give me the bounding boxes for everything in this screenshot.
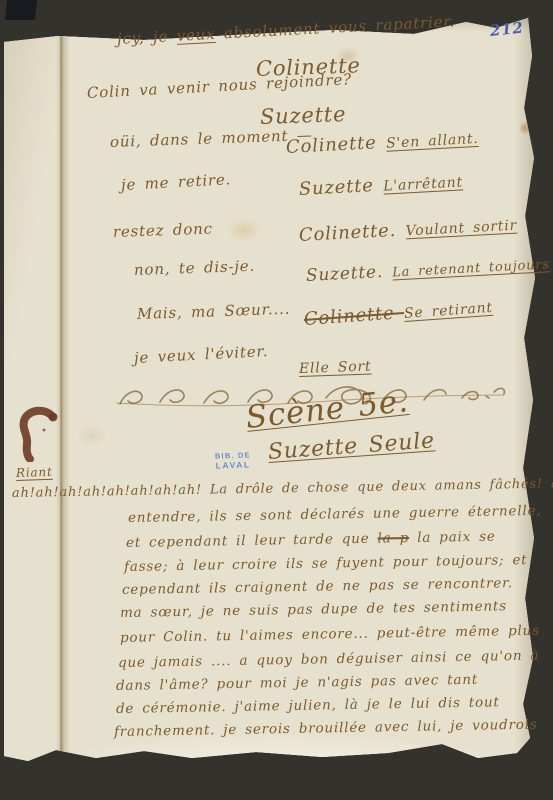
text-segment: je veux l'éviter. [134, 342, 269, 367]
monologue-line: fasse; à leur croire ils se fuyent pour … [124, 552, 528, 575]
speaker-direction: Colinette. Voulant sortir [298, 214, 517, 246]
text-segment: La retenant toujours [392, 257, 550, 280]
dialogue-line: Mais, ma Sœur.... [137, 300, 291, 323]
manuscript-scan: BIB. DE LAVAL jcy, je veux absolument vo… [0, 0, 553, 800]
text-segment: dans l'âme? pour moi je n'agis pas avec … [116, 672, 478, 694]
text-segment: Colin va venir nous rejoindre? [87, 70, 353, 102]
text-segment: Riant [16, 465, 53, 480]
text-segment: la p [377, 530, 409, 547]
text-segment: Voulant sortir [405, 218, 517, 240]
monologue-line: ma sœur, je ne suis pas dupe de tes sent… [120, 598, 507, 621]
text-segment: absolument vous rapatrier. [215, 12, 456, 43]
margin-note: Riant [16, 465, 53, 480]
text-segment: Colinette [285, 132, 386, 158]
monologue-line: que jamais .... a quoy bon déguiser ains… [118, 648, 540, 671]
text-segment: la paix se [409, 529, 496, 547]
text-segment: que jamais .... a quoy bon déguiser ains… [118, 648, 540, 671]
text-segment: Scène 5e. [244, 383, 410, 436]
monologue-line: et cependant il leur tarde que la p la p… [126, 529, 496, 551]
text-segment: ma sœur, je ne suis pas dupe de tes sent… [120, 598, 507, 621]
scene-subheading: Suzette Seule [267, 428, 436, 465]
text-segment: non, te dis-je. [134, 257, 256, 279]
folio-number: 212 [489, 19, 524, 40]
text-segment: oüi, dans le moment — [110, 126, 313, 151]
monologue-line: ah!ah!ah!ah!ah!ah!ah!ah! La drôle de cho… [12, 476, 553, 501]
text-segment: et cependant il leur tarde que [126, 531, 378, 551]
monologue-line: entendre, ils se sont déclarés une guerr… [128, 503, 542, 526]
dialogue-line: non, te dis-je. [134, 257, 256, 279]
dialogue-line: je me retire. [121, 170, 232, 194]
dialogue-line: Colin va venir nous rejoindre? [87, 70, 353, 102]
text-segment: franchement. je serois brouillée avec lu… [114, 717, 538, 740]
text-layer: jcy, je veux absolument vous rapatrier.C… [0, 0, 553, 800]
speaker-direction: Colinette S'en allant. [285, 127, 479, 158]
text-segment: fasse; à leur croire ils se fuyent pour … [124, 552, 528, 575]
text-segment: Colinette. [298, 219, 406, 246]
text-segment: je me retire. [121, 170, 232, 194]
monologue-line: franchement. je serois brouillée avec lu… [114, 717, 538, 740]
monologue-line: dans l'âme? pour moi je n'agis pas avec … [116, 672, 478, 694]
text-segment: entendre, ils se sont déclarés une guerr… [128, 503, 542, 526]
speaker-direction: Suzette. La retenant toujours [305, 253, 550, 286]
monologue-line: cependant ils craignent de ne pas se ren… [122, 575, 513, 598]
text-segment: Colinette [303, 302, 404, 330]
text-segment: Suzette [260, 102, 347, 129]
dialogue-line: je veux l'éviter. [134, 342, 269, 367]
text-segment: Suzette Seule [267, 428, 436, 465]
speaker-direction: Suzette L'arrêtant [298, 170, 463, 200]
text-segment: Se retirant [404, 300, 494, 322]
text-segment: de cérémonie. j'aime julien, là je le lu… [116, 694, 500, 717]
monologue-line: pour Colin. tu l'aimes encore... peut-êt… [120, 623, 540, 646]
text-segment: Suzette. [305, 261, 392, 285]
text-segment: ah!ah!ah!ah!ah!ah!ah!ah! La drôle de cho… [12, 476, 553, 501]
speaker-name: Suzette [260, 102, 347, 129]
dialogue-line: restez donc [113, 220, 213, 241]
text-segment: restez donc [113, 220, 213, 241]
dialogue-line: jcy, je veux absolument vous rapatrier. [117, 12, 456, 48]
text-segment: Suzette [298, 175, 383, 200]
stage-direction: Elle Sort [299, 358, 372, 377]
dialogue-line: oüi, dans le moment — [110, 126, 313, 151]
text-segment: Elle Sort [299, 358, 372, 377]
speaker-direction: Colinette Se retirant [303, 296, 493, 330]
text-segment: Mais, ma Sœur.... [137, 300, 291, 323]
text-segment: veux [176, 25, 216, 45]
text-segment: pour Colin. tu l'aimes encore... peut-êt… [120, 623, 540, 646]
text-segment: jcy, je [117, 27, 178, 48]
text-segment: L'arrêtant [383, 174, 464, 194]
monologue-line: de cérémonie. j'aime julien, là je le lu… [116, 694, 500, 717]
text-segment: S'en allant. [386, 131, 479, 152]
text-segment: cependant ils craignent de ne pas se ren… [122, 575, 513, 598]
scene-heading: Scène 5e. [244, 383, 410, 436]
text-segment: 212 [489, 19, 524, 40]
